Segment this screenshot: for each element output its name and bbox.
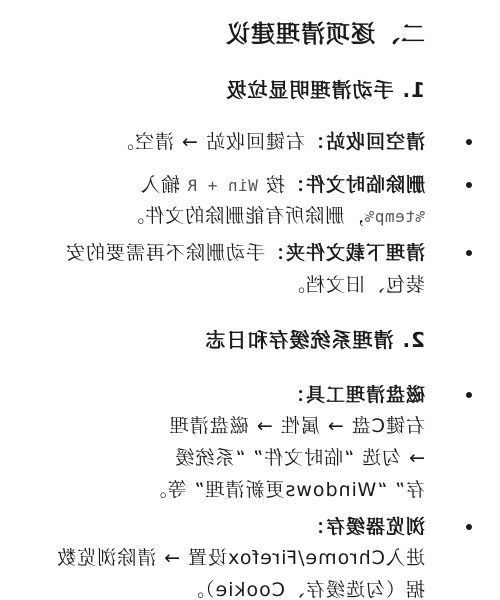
- inline-code-shortcut: Win + R: [187, 176, 258, 195]
- item-line: 右键C盘 → 属性 → 磁盘清理: [169, 411, 425, 441]
- item-line: 据（勾选缓存、Cookie）。: [184, 575, 425, 600]
- bullet-icon: [466, 182, 472, 188]
- item-text: 按: [258, 174, 285, 196]
- item-line: 删除临时文件：按 Win + R 输入: [140, 170, 425, 201]
- item-line: %temp%，删除所有能删除的文件。: [124, 201, 425, 232]
- item-line: 装包、旧文档。: [285, 270, 425, 300]
- item-text: 右键回收站 → 清空。: [114, 131, 305, 153]
- item-line: 浏览器缓存：: [305, 512, 425, 542]
- item-term: 删除临时文件: [305, 174, 425, 196]
- mirrored-document-page: 二、逐项清理建议 1. 手动清理明显垃圾 清空回收站：右键回收站 → 清空。 删…: [0, 0, 500, 600]
- bullet-icon: [466, 392, 472, 398]
- subsection-heading-manual-cleanup: 1. 手动清理明显垃圾: [226, 74, 425, 103]
- item-line: → 勾选 “临时文件” “系统缓: [174, 443, 425, 473]
- bullet-icon: [466, 524, 472, 530]
- item-term: 磁盘清理工具: [305, 384, 425, 406]
- subsection-heading-system-cache: 2. 清理系统缓存和日志: [205, 324, 425, 353]
- inline-code-temp-path: %temp%: [364, 207, 425, 226]
- item-term: 清理下载文件夹: [285, 242, 425, 264]
- item-text: 手动删除不再需要的安: [65, 242, 265, 264]
- item-text: 输入: [140, 174, 187, 196]
- item-line: 磁盘清理工具：: [285, 380, 425, 410]
- section-title: 二、逐项清理建议: [225, 14, 425, 49]
- item-line: 存” “Windows更新清理” 等。: [147, 475, 425, 505]
- term-colon: ：: [285, 384, 305, 406]
- term-colon: ：: [305, 516, 325, 538]
- term-colon: ：: [305, 131, 325, 153]
- term-colon: ：: [265, 242, 285, 264]
- item-text: ，删除所有能删除的文件。: [124, 205, 364, 227]
- item-line: 清空回收站：右键回收站 → 清空。: [114, 127, 425, 157]
- item-line: 清理下载文件夹：手动删除不再需要的安: [65, 238, 425, 268]
- item-term: 浏览器缓存: [325, 516, 425, 538]
- term-colon: ：: [285, 174, 305, 196]
- bullet-icon: [466, 250, 472, 256]
- item-line: 进入Chrome/Firefox设置 → 清除浏览数: [56, 543, 425, 573]
- item-term: 清空回收站: [325, 131, 425, 153]
- bullet-icon: [466, 139, 472, 145]
